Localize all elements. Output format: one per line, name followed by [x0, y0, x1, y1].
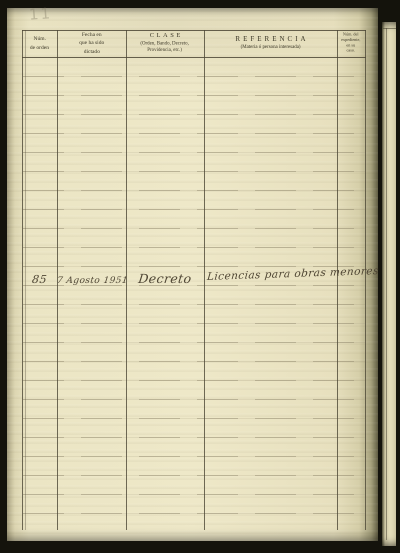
adjacent-page-top-rule	[383, 28, 396, 29]
header-bottom-rule	[22, 57, 366, 58]
header-line: expediente,	[341, 38, 360, 43]
header-subtitle: (Orden, Bando, Decreto, Providencia, etc…	[141, 42, 190, 54]
column-header-num-orden: Núm. de orden	[22, 30, 57, 57]
column-header-clase: CLASE (Orden, Bando, Decreto, Providenci…	[126, 30, 204, 57]
entry-fecha: 7 Agosto 1951	[56, 276, 126, 286]
header-line: Núm. del	[341, 33, 360, 38]
header-line: (Materia ó persona interesada)	[241, 45, 301, 51]
header-subtitle: (Materia ó persona interesada)	[241, 45, 301, 51]
header-title: CLASE	[147, 32, 183, 41]
row-guide-lines	[23, 58, 365, 530]
header-title: REFERENCIA	[232, 35, 308, 44]
column-header-fecha: Fecha en que ha sido dictado	[57, 30, 126, 57]
column-header-referencia: REFERENCIA (Materia ó persona interesada…	[204, 30, 337, 57]
header-line: Núm.	[33, 36, 45, 43]
scanned-ledger-photo: 11 Núm. de orden Fecha en que ha sido di…	[0, 0, 400, 553]
pencil-folio-note: 11	[28, 4, 52, 24]
adjacent-page-edge	[382, 22, 396, 546]
entry-clase: Decreto	[125, 271, 205, 286]
column-divider-referencia	[204, 30, 205, 530]
header-line: caso.	[341, 49, 360, 54]
column-header-expediente: Núm. del expediente, en su caso.	[337, 30, 365, 57]
header-line: Fecha en	[82, 32, 102, 39]
header-line: Providencia, etc.)	[141, 48, 190, 54]
table-right-rule	[365, 30, 366, 530]
header-line: de orden	[30, 44, 49, 51]
header-line: dictado	[83, 48, 99, 55]
header-subtitle: Núm. del expediente, en su caso.	[341, 33, 360, 55]
adjacent-page-vertical-rule	[386, 28, 387, 540]
entry-num-orden: 85	[21, 273, 58, 286]
header-line: que ha sido	[79, 40, 104, 47]
column-divider-expediente	[337, 30, 338, 530]
